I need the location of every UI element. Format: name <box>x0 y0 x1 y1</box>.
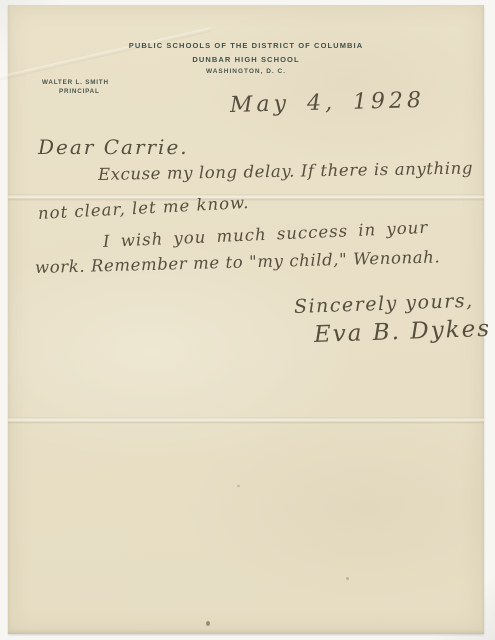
body-line-2: not clear, let me know. <box>38 193 250 223</box>
letterhead-city: WASHINGTON, D. C. <box>8 68 484 75</box>
letter-paper: PUBLIC SCHOOLS OF THE DISTRICT OF COLUMB… <box>8 5 484 634</box>
handwritten-date: May 4, 1928 <box>230 88 426 118</box>
letterhead-school-name: DUNBAR HIGH SCHOOL <box>8 55 484 64</box>
body-line-3: I wish you much success in your <box>103 218 429 251</box>
paper-speck <box>237 485 240 487</box>
principal-name: WALTER L. SMITH <box>42 78 109 87</box>
body-line-4: work. Remember me to "my child," Wenonah… <box>35 247 441 277</box>
paper-speck <box>206 621 210 626</box>
letter-scan: PUBLIC SCHOOLS OF THE DISTRICT OF COLUMB… <box>0 0 495 640</box>
letterhead-principal-block: WALTER L. SMITH PRINCIPAL <box>42 78 109 96</box>
letterhead-school-system: PUBLIC SCHOOLS OF THE DISTRICT OF COLUMB… <box>8 41 484 50</box>
body-line-1: Excuse my long delay. If there is anythi… <box>98 158 473 184</box>
principal-title: PRINCIPAL <box>59 87 109 96</box>
signature: Eva B. Dykes <box>314 316 492 348</box>
closing: Sincerely yours, <box>294 290 474 318</box>
fold-crease-lower <box>8 417 484 424</box>
paper-speck <box>346 577 349 580</box>
salutation: Dear Carrie. <box>38 135 189 159</box>
